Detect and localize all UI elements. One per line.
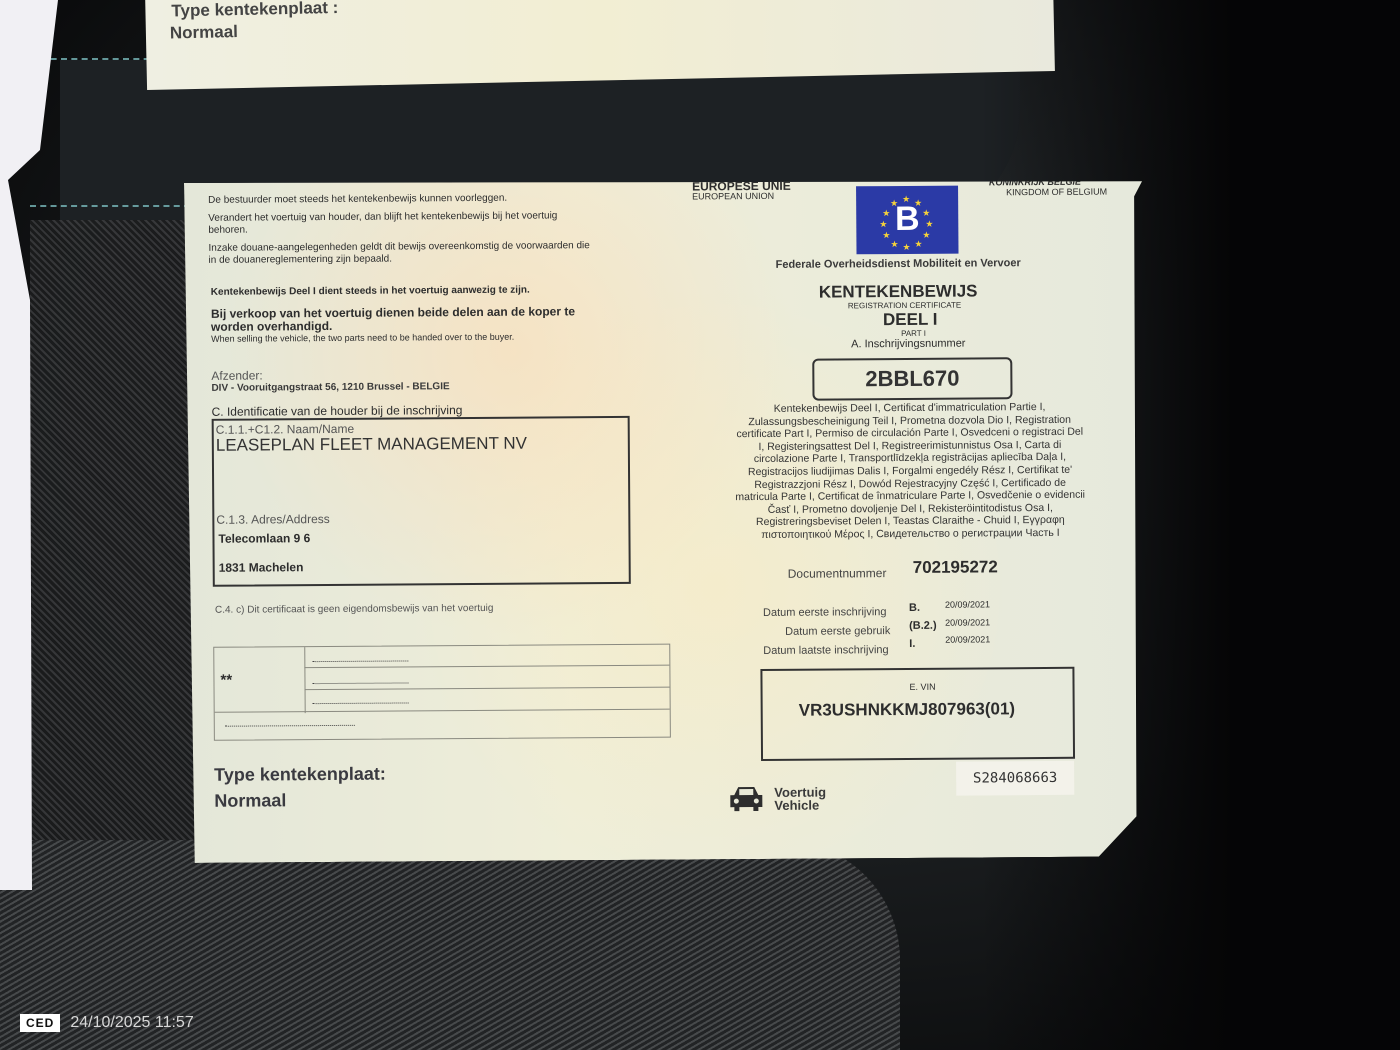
holder-street: Telecomlaan 9 6 — [218, 531, 310, 546]
belgium-eu-flag: ★ ★ ★ ★ ★ ★ ★ ★ ★ ★ ★ ★ B — [856, 186, 958, 255]
sale-notice: Bij verkoop van het voertuig dienen beid… — [211, 304, 575, 321]
registration-number: 2BBL670 — [812, 357, 1012, 400]
top-plate-type-label: Type kentekenplaat : — [171, 0, 338, 21]
seat-stitching — [30, 205, 190, 207]
certificate-title: KENTEKENBEWIJS — [819, 281, 978, 302]
sale-notice-cont: worden overhandigd. — [211, 319, 332, 334]
date-label: Datum laatste inschrijving — [763, 644, 888, 657]
certificate-title-en: REGISTRATION CERTIFICATE — [848, 301, 961, 311]
grid-dots — [312, 660, 408, 662]
sender-label: Afzender: — [211, 368, 262, 382]
vin-label: E. VIN — [910, 682, 936, 692]
serial-number: S284068663 — [956, 761, 1074, 796]
customs-notice: Inzake douane-aangelegenheden geldt dit … — [208, 240, 589, 254]
sale-notice-en: When selling the vehicle, the two parts … — [211, 332, 514, 344]
car-icon — [728, 783, 764, 813]
date-code: I. — [909, 638, 915, 650]
vehicle-label-en: Vehicle — [774, 798, 819, 813]
date-label: Datum eerste gebruik — [785, 625, 890, 638]
ced-logo: CED — [20, 1014, 60, 1032]
date-code: B. — [909, 602, 920, 614]
multilingual-certificate-text: Kentekenbewijs Deel I, Certificat d'imma… — [734, 401, 1087, 542]
grid-dots — [225, 725, 355, 727]
photo-timestamp-watermark: CED 24/10/2025 11:57 — [20, 1014, 194, 1032]
annotation-grid: ** — [213, 644, 671, 741]
grid-line — [215, 709, 670, 713]
seat-fabric-panel — [30, 220, 200, 870]
registration-certificate: De bestuurder moet steeds het kentekenbe… — [184, 176, 1147, 863]
grid-line — [305, 687, 670, 691]
registration-number-label: A. Inschrijvingsnummer — [851, 338, 965, 351]
customs-notice-cont: in de douanereglementering zijn bepaald. — [209, 254, 393, 266]
certificate-part-en: PART I — [901, 329, 926, 338]
date-code: (B.2.) — [909, 620, 937, 632]
eu-label-en: EUROPEAN UNION — [692, 191, 774, 202]
kingdom-label-en: KINGDOM OF BELGIUM — [1006, 187, 1107, 198]
holder-city: 1831 Machelen — [219, 560, 304, 575]
plate-type-value: Normaal — [214, 790, 286, 812]
grid-divider — [304, 647, 305, 713]
document-number-label: Documentnummer — [788, 566, 887, 581]
grid-dots — [313, 702, 409, 704]
holder-name: LEASEPLAN FLEET MANAGEMENT NV — [216, 434, 527, 456]
authority-name: Federale Overheidsdienst Mobiliteit en V… — [776, 257, 1021, 271]
date-value: 20/09/2021 — [945, 634, 990, 644]
country-letter: B — [856, 200, 958, 240]
driver-notice: De bestuurder moet steeds het kentekenbe… — [208, 193, 507, 206]
photo-datetime: 24/10/2025 11:57 — [70, 1014, 193, 1032]
grid-dots — [312, 682, 408, 684]
grid-line — [304, 665, 669, 669]
vin-number: VR3USHNKKMJ807963(01) — [799, 699, 1016, 721]
document-number: 702195272 — [913, 557, 998, 578]
holder-change-notice-cont: behoren. — [208, 225, 248, 236]
presence-notice: Kentekenbewijs Deel I dient steeds in he… — [211, 285, 530, 298]
top-plate-type-value: Normaal — [170, 22, 238, 43]
date-value: 20/09/2021 — [945, 599, 990, 609]
plate-type-label: Type kentekenplaat: — [214, 764, 386, 786]
certificate-part: DEEL I — [883, 310, 938, 330]
date-label: Datum eerste inschrijving — [763, 606, 887, 619]
holder-change-notice: Verandert het voertuig van houder, dan b… — [208, 210, 557, 223]
grid-marker: ** — [220, 672, 232, 689]
sender-address: DIV - Vooruitgangstraat 56, 1210 Brussel… — [211, 381, 449, 394]
ownership-note: C.4. c) Dit certificaat is geen eigendom… — [215, 603, 494, 616]
holder-address-label: C.1.3. Adres/Address — [216, 512, 329, 527]
date-value: 20/09/2021 — [945, 617, 990, 627]
